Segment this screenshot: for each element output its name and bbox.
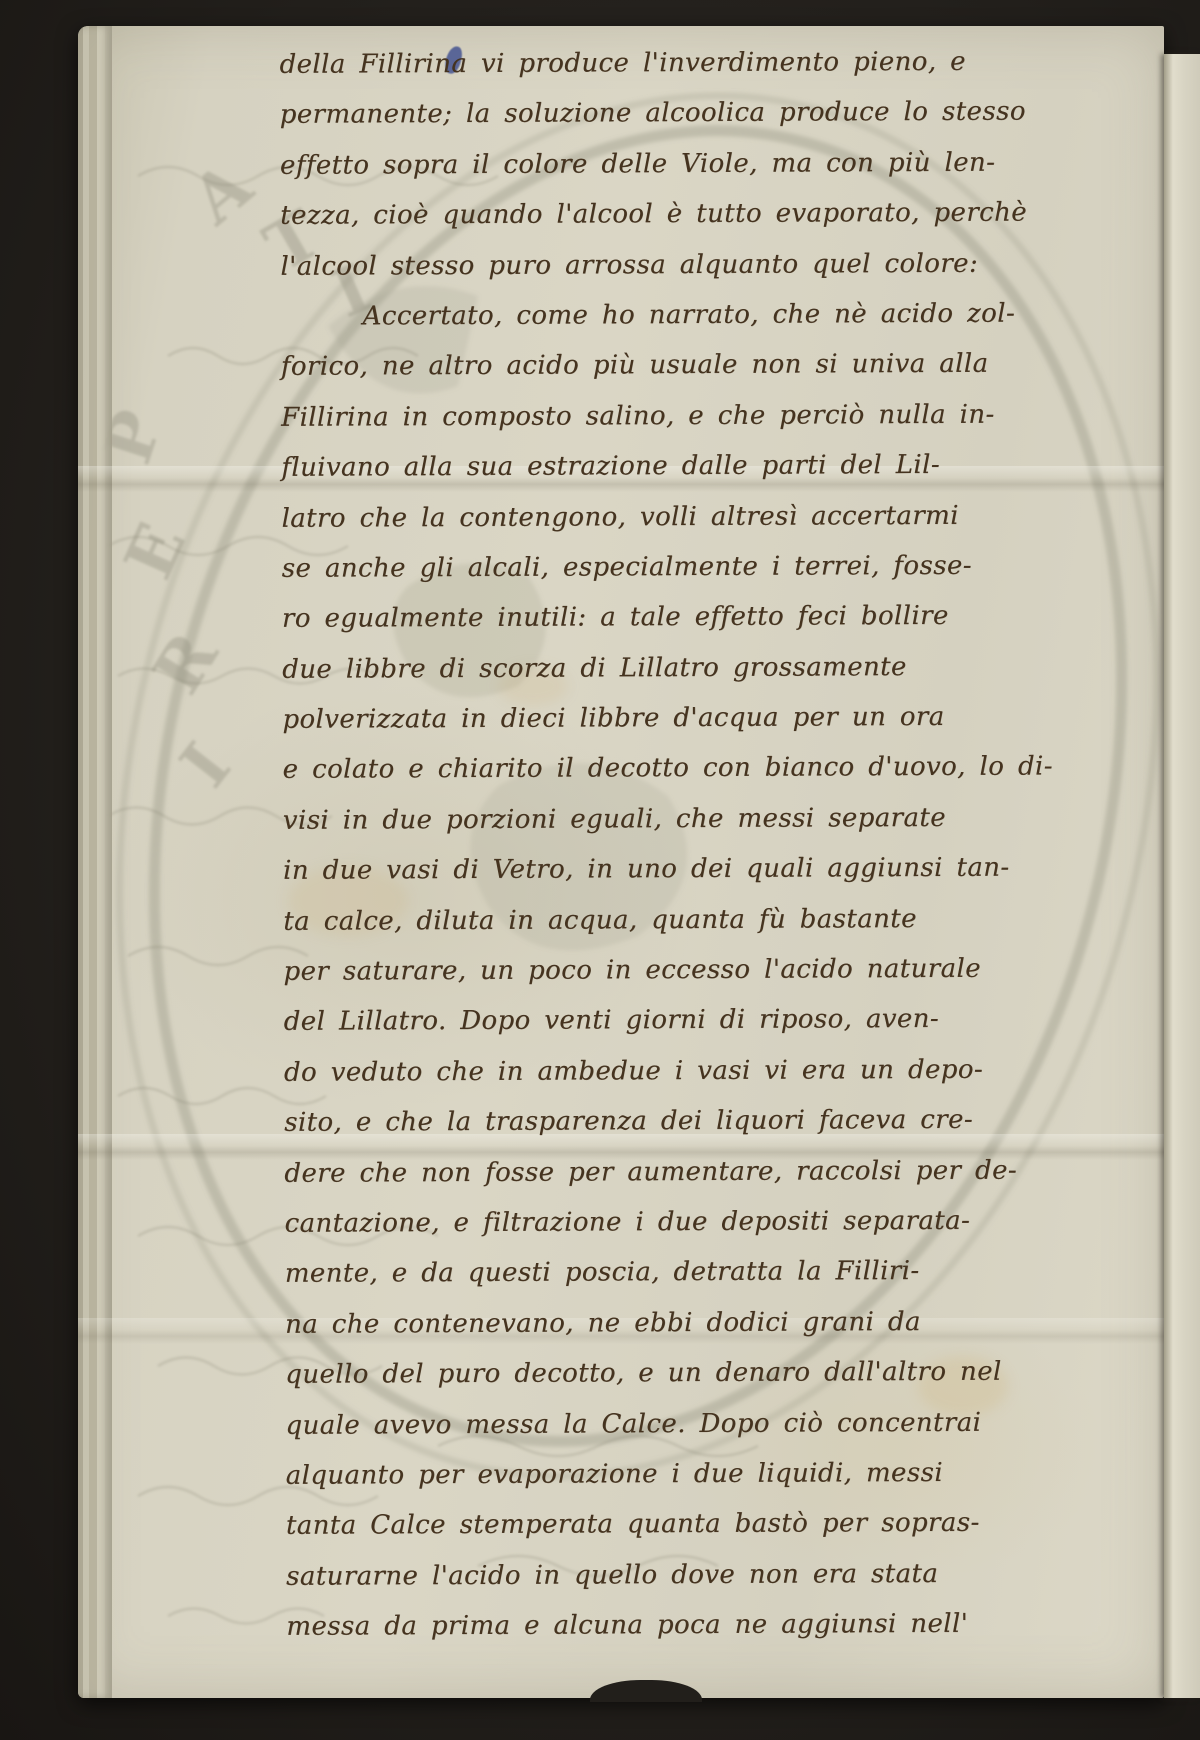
manuscript-line: saturarne l'acido in quello dove non era…: [286, 1558, 1106, 1612]
page-tear: [590, 1680, 702, 1702]
manuscript-page: A T I P E R I: [78, 26, 1164, 1698]
stamp-letter: R: [138, 619, 233, 707]
manuscript-line: na che contenevano, ne ebbi dodici grani…: [285, 1306, 1105, 1360]
manuscript-line: Accertato, come ho narrato, che nè acido…: [281, 298, 1101, 352]
manuscript-line: in due vasi di Vetro, in uno dei quali a…: [283, 852, 1103, 906]
manuscript-line: quello del puro decotto, e un denaro dal…: [285, 1356, 1105, 1410]
manuscript-line: visi in due porzioni eguali, che messi s…: [283, 802, 1103, 856]
stamp-letter: A: [177, 147, 266, 240]
manuscript-line: due libbre di scorza di Lillatro grossam…: [282, 651, 1102, 705]
manuscript-text: della Fillirina vi produce l'inverdiment…: [279, 46, 1106, 1662]
manuscript-line: tezza, cioè quando l'alcool è tutto evap…: [280, 197, 1100, 251]
manuscript-line: permanente; la soluzione alcoolica produ…: [280, 97, 1100, 151]
manuscript-line: fluivano alla sua estrazione dalle parti…: [281, 449, 1101, 503]
manuscript-line: per saturare, un poco in eccesso l'acido…: [283, 953, 1103, 1007]
manuscript-line: ro egualmente inutili: a tale effetto fe…: [282, 601, 1102, 655]
manuscript-line: se anche gli alcali, especialmente i ter…: [282, 550, 1102, 604]
manuscript-line: forico, ne altro acido più usuale non si…: [281, 349, 1101, 403]
manuscript-line: do veduto che in ambedue i vasi vi era u…: [284, 1054, 1104, 1108]
next-page-edge: [1164, 54, 1200, 1698]
page-edge-left: [78, 26, 112, 1698]
manuscript-line: mente, e da questi poscia, detratta la F…: [285, 1256, 1105, 1310]
manuscript-line: effetto sopra il colore delle Viole, ma …: [280, 147, 1100, 201]
manuscript-line: tanta Calce stemperata quanta bastò per …: [286, 1508, 1106, 1562]
manuscript-line: ta calce, diluta in acqua, quanta fù bas…: [283, 903, 1103, 957]
scan-background: A T I P E R I: [0, 0, 1200, 1740]
manuscript-line: polverizzata in dieci libbre d'acqua per…: [282, 701, 1102, 755]
manuscript-line: latro che la contengono, volli altresì a…: [281, 500, 1101, 554]
manuscript-line: messa da prima e alcuna poca ne aggiunsi…: [286, 1608, 1106, 1662]
manuscript-line: l'alcool stesso puro arrossa alquanto qu…: [280, 248, 1100, 302]
manuscript-line: alquanto per evaporazione i due liquidi,…: [286, 1457, 1106, 1511]
manuscript-line: sito, e che la trasparenza dei liquori f…: [284, 1104, 1104, 1158]
manuscript-line: e colato e chiarito il decotto con bianc…: [283, 752, 1103, 806]
manuscript-line: quale avevo messa la Calce. Dopo ciò con…: [285, 1407, 1105, 1461]
stamp-letter: I: [165, 729, 245, 801]
manuscript-line: dere che non fosse per aumentare, raccol…: [284, 1155, 1104, 1209]
manuscript-line: cantazione, e filtrazione i due depositi…: [285, 1205, 1105, 1259]
manuscript-line: della Fillirina vi produce l'inverdiment…: [279, 46, 1099, 100]
stamp-letter: E: [109, 512, 201, 590]
manuscript-line: del Lillatro. Dopo venti giorni di ripos…: [284, 1004, 1104, 1058]
manuscript-line: Fillirina in composto salino, e che perc…: [281, 399, 1101, 453]
